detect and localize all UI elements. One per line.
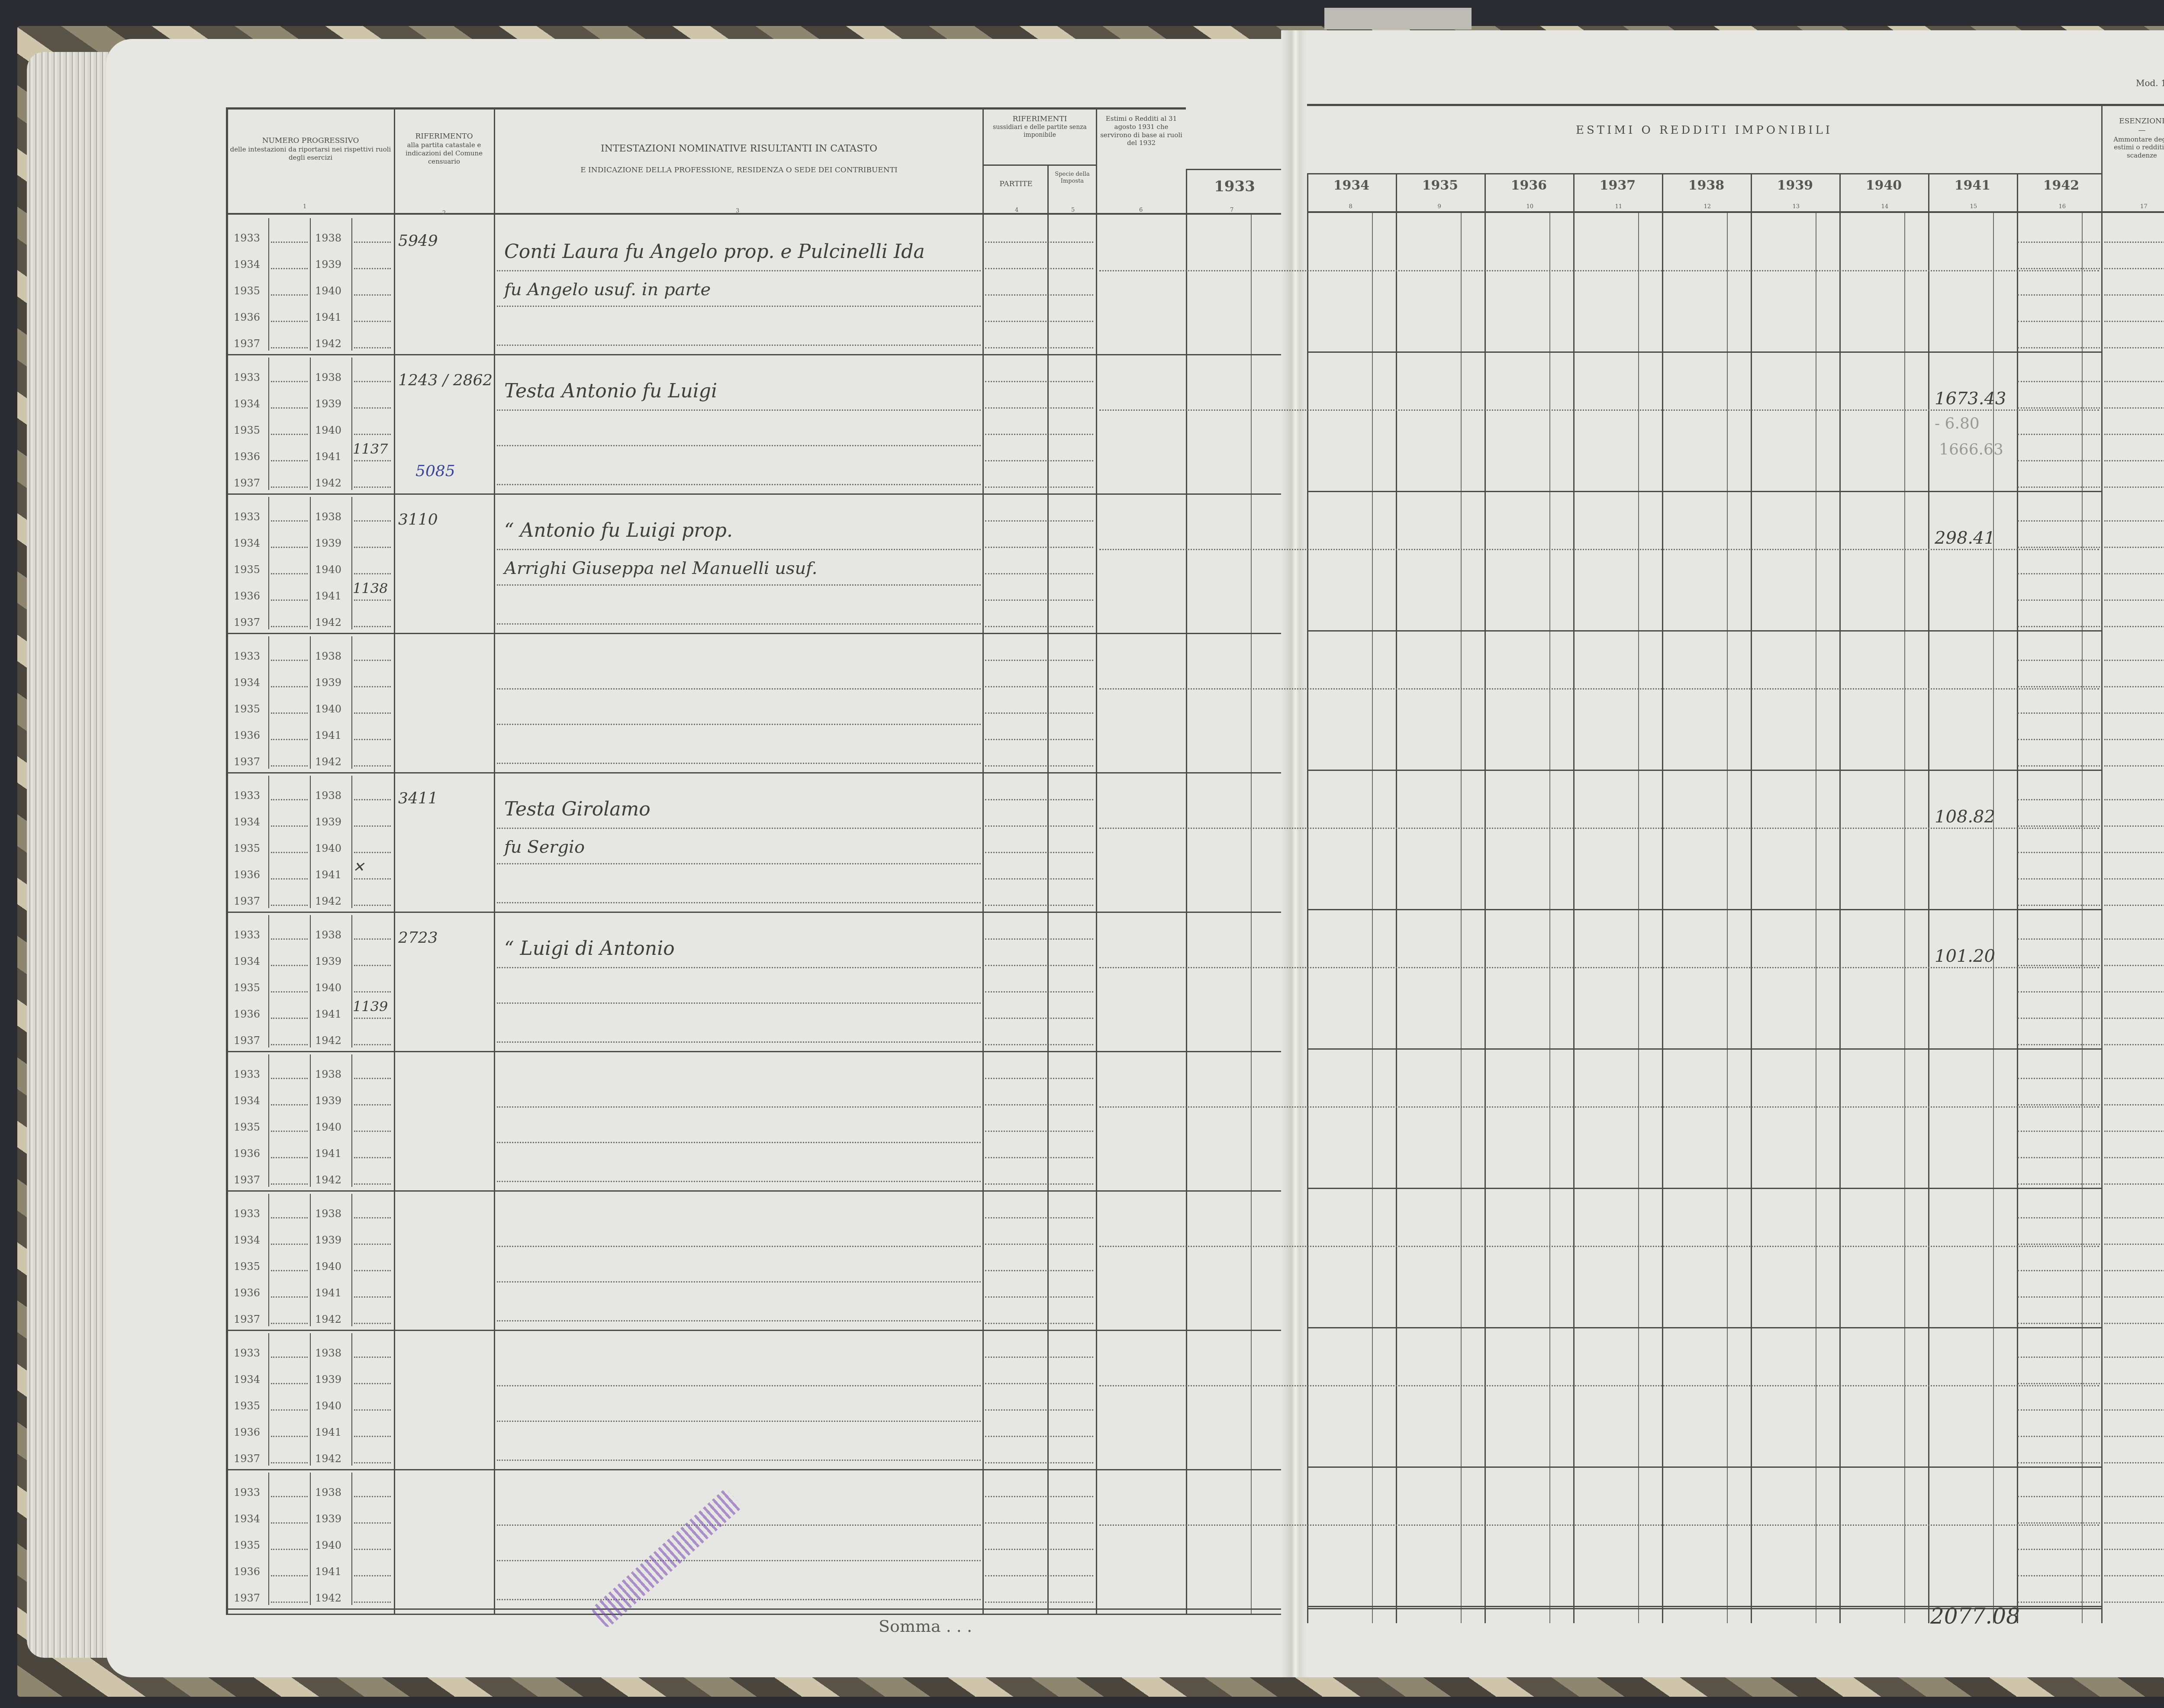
year-subcol-rule: [268, 1473, 269, 1605]
row-dotted-line: [2104, 1602, 2164, 1603]
year-subcol-rule: [268, 776, 269, 908]
name-dotted-line: [497, 1142, 981, 1143]
year-dotted-fill: [271, 1217, 308, 1218]
year-label-left: 1935: [234, 1539, 260, 1551]
year-column-rule: [1307, 173, 1308, 1623]
year-label-left: 1934: [234, 537, 260, 549]
year-label-left: 1937: [234, 1313, 260, 1325]
name-dotted-line: [497, 1106, 981, 1108]
row-dotted-line: [985, 381, 1093, 382]
year-label-left: 1937: [234, 1453, 260, 1465]
row-dotted-line: [2104, 1575, 2164, 1576]
row-dotted-line: [2018, 712, 2100, 714]
row-dotted-line: [985, 347, 1093, 348]
name-dotted-line: [497, 724, 981, 725]
name-dotted-line: [497, 409, 981, 411]
year-label-left: 1936: [234, 1566, 260, 1578]
year-dotted-fill: [271, 1131, 308, 1132]
year-label-right: 1940: [315, 285, 341, 297]
year-subcol-rule: [310, 358, 311, 490]
year-column-rule: [1751, 173, 1752, 1623]
row-dotted-line: [985, 460, 1093, 461]
header-estimi-imponibili: ESTIMI O REDDITI IMPONIBILI: [1307, 123, 2101, 138]
year-dotted-fill: [271, 825, 308, 827]
year-dotted-fill: [354, 765, 391, 767]
row-dotted-line: [985, 660, 1093, 661]
year-dotted-fill: [354, 1217, 391, 1218]
year-dotted-fill: [271, 1183, 308, 1185]
year-label-left: 1933: [234, 929, 260, 941]
year-dotted-fill: [271, 1323, 308, 1324]
row-dotted-line: [2018, 599, 2100, 601]
row-dotted-line: [2018, 381, 2100, 382]
year-dotted-fill: [354, 1496, 391, 1497]
year-label-right: 1941: [315, 311, 341, 323]
year-subcol-rule: [351, 1333, 352, 1466]
row-dotted-line: [985, 547, 1093, 548]
name-dotted-line: [497, 445, 981, 446]
row-dotted-line: [2104, 573, 2164, 574]
row-dotted-line: [2018, 1357, 2100, 1358]
entry-rule-right: [1307, 630, 2101, 632]
year-dotted-fill: [271, 1549, 308, 1550]
year-label-left: 1934: [234, 258, 260, 271]
year-label-right: 1941: [315, 869, 341, 881]
year-dotted-fill: [354, 626, 391, 627]
row-dotted-line: [985, 799, 1093, 800]
year-dotted-fill: [271, 268, 308, 269]
year-label-left: 1936: [234, 311, 260, 323]
row-dotted-line: [2018, 1044, 2100, 1045]
year-subcol-rule: [310, 497, 311, 629]
row-dotted-line: [985, 1383, 1093, 1384]
row-dotted-line: [2104, 905, 2164, 906]
year-dotted-fill: [271, 520, 308, 522]
name-dotted-line: [497, 902, 981, 903]
row-dotted-line: [985, 1244, 1093, 1245]
amount-dotted-line: [1099, 270, 2099, 271]
year-label-right: 1939: [315, 1234, 341, 1246]
row-dotted-line: [2104, 1078, 2164, 1079]
row-dotted-line: [2104, 1522, 2164, 1524]
year-dotted-fill: [354, 739, 391, 740]
year-label-left: 1936: [234, 1008, 260, 1020]
row-dotted-line: [985, 1409, 1093, 1411]
name-dotted-line: [497, 1281, 981, 1283]
year-dotted-fill: [271, 1270, 308, 1271]
partita-reference: 3110: [398, 511, 438, 529]
entry-rule-left: [226, 912, 1281, 913]
amount-dotted-line: [1099, 549, 2099, 550]
header-year-1933: 1933: [1188, 177, 1281, 196]
year-subcol-rule: [351, 636, 352, 769]
year-subcol-rule: [268, 1333, 269, 1466]
year-dotted-fill: [354, 1522, 391, 1524]
owner-name-line2: fu Angelo usuf. in parte: [504, 280, 711, 300]
name-dotted-line: [497, 623, 981, 625]
row-dotted-line: [985, 1018, 1093, 1019]
year-dotted-fill: [354, 268, 391, 269]
year-subcol-rule: [310, 915, 311, 1047]
name-dotted-line: [497, 1560, 981, 1561]
owner-name-line1: “ Antonio fu Luigi prop.: [504, 519, 733, 541]
row-dotted-line: [2018, 547, 2100, 548]
col-number-17: 17: [2140, 203, 2148, 210]
year-subcol-rule: [351, 915, 352, 1047]
year-label-right: 1938: [315, 790, 341, 802]
year-label-right: 1942: [315, 756, 341, 768]
name-dotted-line: [497, 1385, 981, 1386]
cents-column-rule: [1549, 213, 1550, 1623]
entry-rule-right: [1307, 1327, 2101, 1328]
row-dotted-line: [2018, 242, 2100, 243]
header-partite: PARTITE: [985, 180, 1047, 189]
year-dotted-fill: [354, 686, 391, 687]
col-number-11: 11: [1615, 203, 1623, 210]
year-dotted-fill: [354, 1383, 391, 1384]
row-dotted-line: [2104, 294, 2164, 296]
year-dotted-fill: [354, 1104, 391, 1105]
row-dotted-line: [2104, 321, 2164, 322]
year-label-left: 1933: [234, 650, 260, 662]
entry-rule-left: [226, 1330, 1281, 1331]
year-label-left: 1934: [234, 398, 260, 410]
name-dotted-line: [497, 1524, 981, 1526]
year-dotted-fill: [354, 1044, 391, 1045]
year-dotted-fill: [271, 407, 308, 409]
header-numero-progressivo: NUMERO PROGRESSIVO delle intestazioni da…: [229, 136, 392, 162]
year-label-right: 1939: [315, 1513, 341, 1525]
year-dotted-fill: [271, 1044, 308, 1045]
year-dotted-fill: [354, 965, 391, 966]
year-column-rule: [1839, 173, 1841, 1623]
year-dotted-fill: [354, 1409, 391, 1411]
year-column-rule: [2017, 173, 2018, 1623]
col-number-12: 12: [1704, 203, 1711, 210]
year-dotted-fill: [271, 1018, 308, 1019]
year-dotted-fill: [271, 1496, 308, 1497]
row-dotted-line: [2104, 1323, 2164, 1324]
name-dotted-line: [497, 584, 981, 586]
header-year-1938: 1938: [1662, 177, 1751, 194]
year-subcol-rule: [268, 358, 269, 490]
year-dotted-fill: [354, 347, 391, 348]
row-dotted-line: [2018, 799, 2100, 800]
row-dotted-line: [2018, 460, 2100, 461]
year-dotted-fill: [354, 1575, 391, 1576]
row-dotted-line: [2018, 434, 2100, 435]
year-dotted-fill: [354, 547, 391, 548]
name-dotted-line: [497, 967, 981, 968]
cents-column-rule: [1372, 213, 1373, 1623]
year-label-left: 1934: [234, 1373, 260, 1386]
year-dotted-fill: [271, 765, 308, 767]
entry-rule-right: [1307, 909, 2101, 910]
header-esenzioni: ESENZIONI — Ammontare degli estimi o red…: [2103, 117, 2164, 160]
row-dotted-line: [985, 573, 1093, 574]
year-label-left: 1934: [234, 1513, 260, 1525]
year-label-left: 1933: [234, 371, 260, 383]
year-label-right: 1940: [315, 1400, 341, 1412]
year-dotted-fill: [271, 1078, 308, 1079]
year-dotted-fill: [354, 487, 391, 488]
partita-reference: 2723: [398, 929, 438, 947]
header-year-1942: 1942: [2017, 177, 2106, 194]
year-label-left: 1933: [234, 1068, 260, 1080]
year-subcol-rule: [310, 776, 311, 908]
col-number-16: 16: [2059, 203, 2066, 210]
year-label-left: 1935: [234, 424, 260, 436]
year-dotted-fill: [271, 965, 308, 966]
year-label-left: 1935: [234, 564, 260, 576]
year-dotted-fill: [354, 1183, 391, 1185]
year-label-left: 1936: [234, 590, 260, 602]
cents-column-rule: [1816, 213, 1816, 1623]
row-dotted-line: [2018, 520, 2100, 522]
year-dotted-fill: [271, 1296, 308, 1298]
year-subcol-rule: [351, 358, 352, 490]
row-dotted-line: [2104, 1270, 2164, 1271]
estimo-1941: 298.41: [1935, 528, 1995, 548]
row-dotted-line: [2018, 739, 2100, 740]
entry-rule-left: [226, 772, 1281, 773]
year-dotted-fill: [271, 1602, 308, 1603]
year-label-right: 1938: [315, 232, 341, 244]
year-dotted-fill: [354, 1157, 391, 1158]
amount-dotted-line: [1099, 967, 2099, 968]
row-dotted-line: [2104, 878, 2164, 880]
year-dotted-fill: [354, 1296, 391, 1298]
year-dotted-fill: [354, 799, 391, 800]
year-dotted-fill: [271, 242, 308, 243]
year-dotted-fill: [271, 905, 308, 906]
year-subcol-rule: [268, 497, 269, 629]
row-dotted-line: [985, 1131, 1093, 1132]
row-dotted-line: [2104, 1217, 2164, 1218]
row-dotted-line: [2018, 573, 2100, 574]
estimo-1941: 1673.43: [1935, 389, 2006, 409]
year-dotted-fill: [271, 599, 308, 601]
row-dotted-line: [2104, 1383, 2164, 1384]
year-label-right: 1940: [315, 1121, 341, 1133]
row-dotted-line: [985, 938, 1093, 940]
row-dotted-line: [2018, 686, 2100, 687]
year-dotted-fill: [271, 1409, 308, 1411]
spine-headband: [1324, 8, 1472, 29]
row-dotted-line: [2018, 1462, 2100, 1463]
year-label-right: 1938: [315, 371, 341, 383]
year-dotted-fill: [354, 1357, 391, 1358]
header-intestazioni: INTESTAZIONI NOMINATIVE RISULTANTI IN CA…: [498, 143, 980, 175]
col-number-6: 6: [1139, 207, 1143, 213]
name-dotted-line: [497, 1181, 981, 1182]
row-dotted-line: [2104, 991, 2164, 993]
name-dotted-line: [497, 1041, 981, 1043]
year-label-left: 1935: [234, 1260, 260, 1273]
row-dotted-line: [2104, 1183, 2164, 1185]
year-label-left: 1937: [234, 895, 260, 907]
header-year-1935: 1935: [1396, 177, 1485, 194]
year-label-left: 1936: [234, 1147, 260, 1160]
entry-rule-left: [226, 354, 1281, 355]
col-number-10: 10: [1526, 203, 1534, 210]
somma-total-1941: 2077.08: [1930, 1604, 2020, 1629]
row-dotted-line: [985, 905, 1093, 906]
row-dotted-line: [2018, 825, 2100, 827]
year-label-right: 1940: [315, 842, 341, 854]
amount-dotted-line: [1099, 1106, 2099, 1108]
row-dotted-line: [2104, 765, 2164, 767]
header-riferimenti: RIFERIMENTI sussidiari e delle partite s…: [985, 115, 1095, 139]
year-label-right: 1941: [315, 451, 341, 463]
year-subcol-rule: [268, 915, 269, 1047]
row-dotted-line: [2104, 1018, 2164, 1019]
year-dotted-fill: [354, 1602, 391, 1603]
year-subcol-rule: [351, 497, 352, 629]
year-label-left: 1935: [234, 1121, 260, 1133]
row-dotted-line: [2018, 1602, 2100, 1603]
year-label-right: 1941: [315, 1566, 341, 1578]
amount-dotted-line: [1099, 828, 2099, 829]
estimo-1941: 101.20: [1935, 946, 1995, 966]
year-label-right: 1940: [315, 1539, 341, 1551]
year-dotted-fill: [354, 1131, 391, 1132]
entry-rule-left: [226, 1190, 1281, 1192]
partita-reference: 3411: [398, 790, 438, 807]
row-dotted-line: [2104, 1104, 2164, 1105]
row-dotted-line: [985, 626, 1093, 627]
cents-column-rule: [1251, 215, 1252, 1614]
amount-dotted-line: [1099, 1524, 2099, 1526]
row-dotted-line: [2104, 1549, 2164, 1550]
year-label-right: 1938: [315, 1486, 341, 1499]
cents-column-rule: [1727, 213, 1728, 1623]
year-label-right: 1942: [315, 1313, 341, 1325]
row-dotted-line: [2104, 407, 2164, 409]
year-label-right: 1942: [315, 338, 341, 350]
owner-name-line1: Testa Antonio fu Luigi: [504, 380, 717, 402]
year-label-left: 1934: [234, 677, 260, 689]
row-dotted-line: [985, 321, 1093, 322]
row-dotted-line: [2018, 905, 2100, 906]
year-label-left: 1933: [234, 232, 260, 244]
form-label: Mod. 111 - Imposte Dirette (Intercalare)…: [2136, 78, 2164, 88]
year-label-left: 1934: [234, 955, 260, 967]
year-subcol-rule: [351, 1054, 352, 1187]
name-dotted-line: [497, 549, 981, 550]
year-dotted-fill: [354, 1549, 391, 1550]
row-dotted-line: [985, 294, 1093, 296]
year-dotted-fill: [354, 1078, 391, 1079]
year-label-left: 1936: [234, 869, 260, 881]
year-label-left: 1937: [234, 1034, 260, 1047]
year-dotted-fill: [354, 520, 391, 522]
year-subcol-rule: [268, 636, 269, 769]
year-label-left: 1937: [234, 1174, 260, 1186]
year-dotted-fill: [354, 852, 391, 853]
year-label-left: 1937: [234, 338, 260, 350]
owner-name-line1: “ Luigi di Antonio: [504, 938, 675, 960]
row-dotted-line: [985, 407, 1093, 409]
header-year-1936: 1936: [1485, 177, 1573, 194]
header-estimi-1931: Estimi o Redditi al 31 agosto 1931 che s…: [1098, 115, 1184, 147]
year-label-right: 1940: [315, 982, 341, 994]
year-label-right: 1942: [315, 895, 341, 907]
row-dotted-line: [2018, 626, 2100, 627]
year-label-right: 1940: [315, 424, 341, 436]
year-column-rule: [1485, 173, 1486, 1623]
name-dotted-line: [497, 484, 981, 485]
year-dotted-fill: [271, 460, 308, 461]
row-dotted-line: [985, 1157, 1093, 1158]
year-dotted-fill: [354, 938, 391, 940]
entry-rule-right: [1307, 1048, 2101, 1050]
cents-column-rule: [1638, 213, 1639, 1623]
book-gutter: [1281, 30, 1307, 1677]
row-dotted-line: [2104, 347, 2164, 348]
row-dotted-line: [985, 965, 1093, 966]
row-dotted-line: [2104, 1157, 2164, 1158]
row-dotted-line: [2104, 242, 2164, 243]
row-dotted-line: [985, 1602, 1093, 1603]
row-dotted-line: [985, 1044, 1093, 1045]
year-label-left: 1937: [234, 477, 260, 489]
year-subcol-rule: [310, 1194, 311, 1326]
year-dotted-fill: [271, 434, 308, 435]
year-dotted-fill: [271, 852, 308, 853]
row-dotted-line: [2104, 547, 2164, 548]
row-dotted-line: [2104, 1296, 2164, 1298]
entry-rule-left: [226, 1051, 1281, 1052]
year-label-left: 1933: [234, 1208, 260, 1220]
name-dotted-line: [497, 688, 981, 690]
row-dotted-line: [985, 1183, 1093, 1185]
year-label-right: 1941: [315, 1147, 341, 1160]
entry-rule-left: [226, 1469, 1281, 1470]
name-dotted-line: [497, 828, 981, 829]
year-column-rule: [1662, 173, 1663, 1623]
year-subcol-rule: [351, 218, 352, 351]
row-dotted-line: [2104, 799, 2164, 800]
col-number-13: 13: [1793, 203, 1800, 210]
row-dotted-line: [2104, 686, 2164, 687]
somma-label: Somma . . .: [879, 1617, 972, 1636]
row-dotted-line: [985, 1549, 1093, 1550]
year-label-left: 1935: [234, 982, 260, 994]
row-dotted-line: [2104, 825, 2164, 827]
col-number-5: 5: [1071, 207, 1075, 213]
row-dotted-line: [985, 739, 1093, 740]
entry-rule-right: [1307, 1188, 2101, 1189]
year-dotted-fill: [271, 381, 308, 382]
row-dotted-line: [2018, 938, 2100, 940]
name-dotted-line: [497, 1460, 981, 1461]
year-label-right: 1941: [315, 590, 341, 602]
amount-dotted-line: [1099, 688, 2099, 690]
row-dotted-line: [985, 1522, 1093, 1524]
year-label-left: 1936: [234, 451, 260, 463]
year-dotted-fill: [354, 991, 391, 993]
year-column-rule: [1928, 173, 1929, 1623]
year-label-left: 1937: [234, 1592, 260, 1604]
partita-reference: 1243 / 2862: [398, 371, 493, 389]
row-dotted-line: [2018, 407, 2100, 409]
col-number-2: 2: [442, 210, 446, 216]
row-dotted-line: [2018, 1244, 2100, 1245]
year-label-left: 1935: [234, 703, 260, 715]
col-number-4: 4: [1015, 207, 1018, 213]
year-dotted-fill: [271, 660, 308, 661]
